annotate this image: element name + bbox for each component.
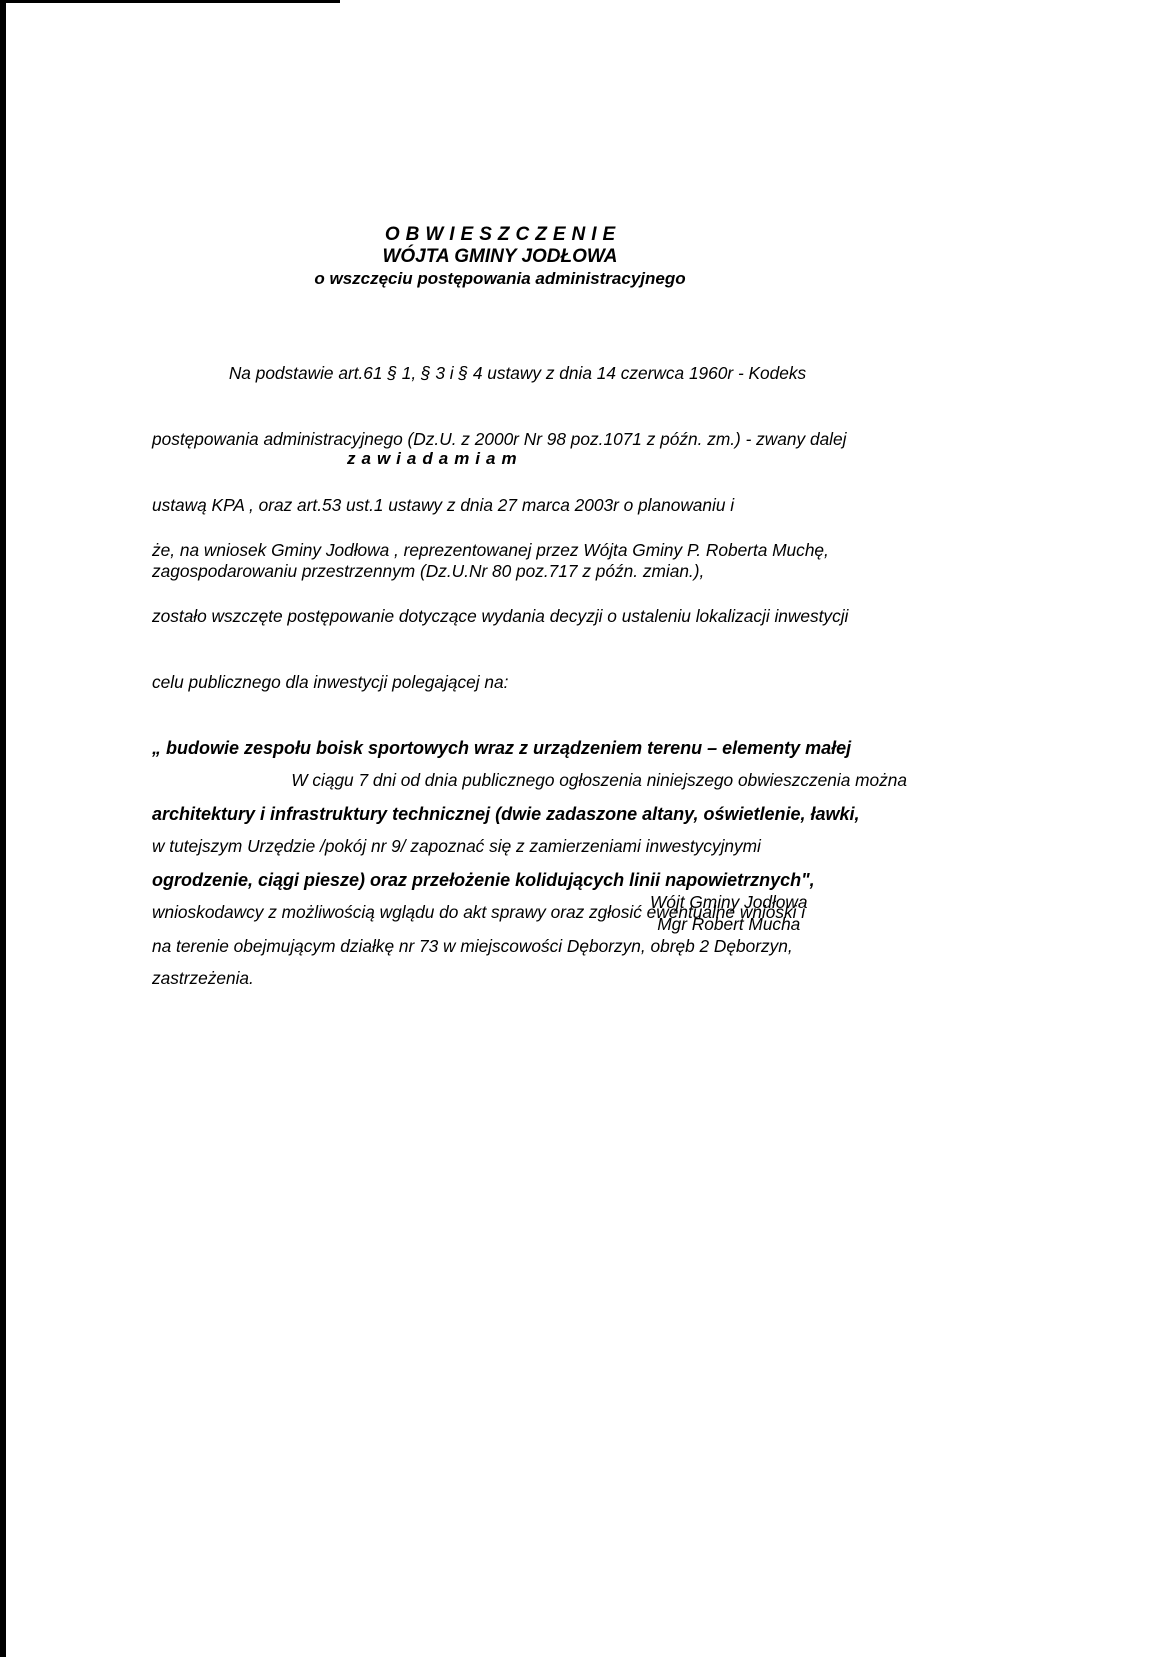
signature-block: Wójt Gminy Jodłowa Mgr Robert Mucha	[650, 891, 808, 935]
text-line: postępowania administracyjnego (Dz.U. z …	[152, 428, 1032, 450]
text-line: że, na wniosek Gminy Jodłowa , reprezent…	[152, 539, 1032, 561]
text-line: w tutejszym Urzędzie /pokój nr 9/ zapozn…	[152, 835, 1032, 857]
signatory-name: Mgr Robert Mucha	[650, 913, 808, 935]
text-line: Na podstawie art.61 § 1, § 3 i § 4 ustaw…	[152, 362, 1032, 384]
signatory-title: Wójt Gminy Jodłowa	[650, 891, 808, 913]
text-line: celu publicznego dla inwestycji polegają…	[152, 671, 1032, 693]
information-paragraph: W ciągu 7 dni od dnia publicznego ogłosz…	[152, 725, 1032, 1033]
text-line: zostało wszczęte postępowanie dotyczące …	[152, 605, 1032, 627]
document-page: OBWIESZCZENIE WÓJTA GMINY JODŁOWA o wszc…	[0, 0, 1175, 1657]
document-subject: o wszczęciu postępowania administracyjne…	[0, 268, 1000, 290]
announcement-heading: zawiadamiam	[347, 449, 523, 469]
title-block: OBWIESZCZENIE WÓJTA GMINY JODŁOWA o wszc…	[0, 224, 1000, 290]
document-title: OBWIESZCZENIE	[0, 224, 1000, 246]
document-issuer: WÓJTA GMINY JODŁOWA	[0, 246, 1000, 268]
text-line: wnioskodawcy z możliwością wglądu do akt…	[152, 901, 1032, 923]
text-line: zastrzeżenia.	[152, 967, 1032, 989]
text-line: W ciągu 7 dni od dnia publicznego ogłosz…	[152, 769, 1032, 791]
